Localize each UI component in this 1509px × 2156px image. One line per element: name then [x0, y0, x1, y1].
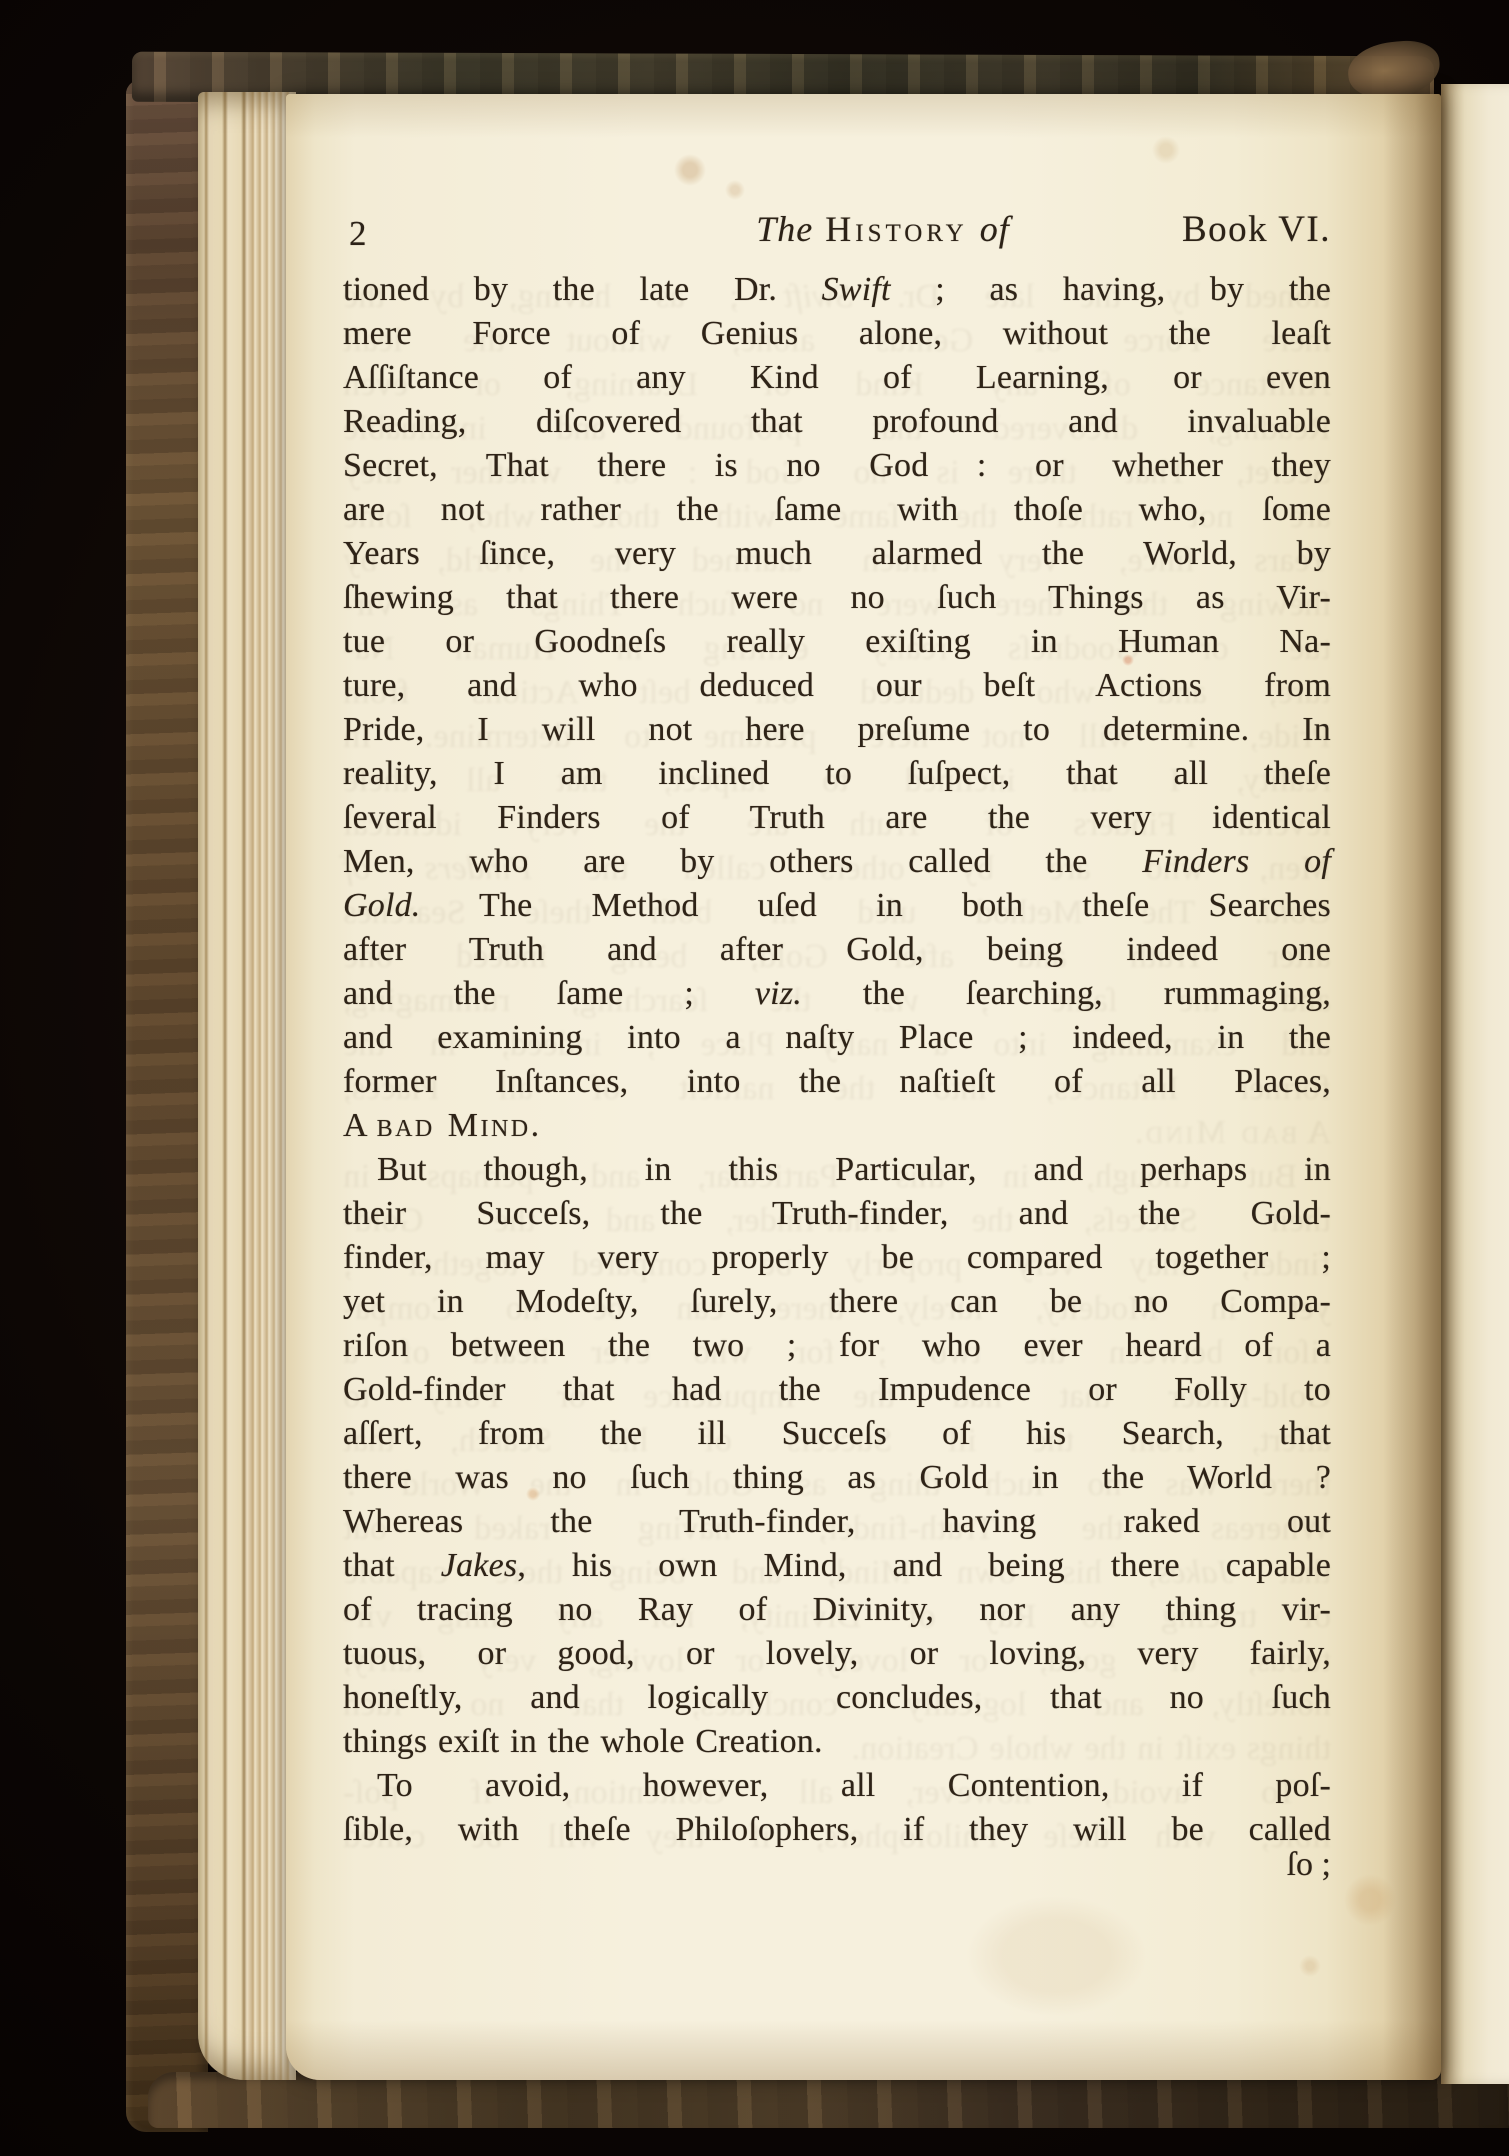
book-page: tioned by the late Dr. Swift ; as having… — [286, 94, 1441, 2080]
text-line: Gold-finder that had the Impudence or Fo… — [343, 1368, 1331, 1412]
facing-page-edge — [1441, 84, 1509, 2084]
text-line: mere Force of Genius alone, without the … — [343, 312, 1331, 356]
text-line: things exiſt in the whole Creation. — [343, 1720, 1331, 1764]
gutter-shadow — [1383, 94, 1441, 2080]
text-line: and the ſame ; viz. the ſearching, rumma… — [343, 972, 1331, 1016]
text-line: yet in Modeſty, ſurely, there can be no … — [343, 1280, 1331, 1324]
text-line: Aſſiſtance of any Kind of Learning, or e… — [343, 356, 1331, 400]
text-line: Gold. The Method uſed in both theſe Sear… — [343, 884, 1331, 928]
running-header: 2 TheHistoryof Book VI. — [343, 208, 1331, 260]
text-line: But though, in this Particular, and perh… — [343, 1148, 1331, 1192]
text-line: finder, may very properly be compared to… — [343, 1236, 1331, 1280]
book-cover-left-edge — [126, 80, 208, 2132]
text-line: ture, and who deduced our beſt Actions f… — [343, 664, 1331, 708]
text-line: A bad Mind. — [343, 1104, 1331, 1148]
text-line: tuous, or good, or lovely, or loving, ve… — [343, 1632, 1331, 1676]
text-line: Secret, That there is no God : or whethe… — [343, 444, 1331, 488]
text-line: former Inſtances, into the naſtieſt of a… — [343, 1060, 1331, 1104]
text-line: there was no ſuch thing as Gold in the W… — [343, 1456, 1331, 1500]
text-line: are not rather the ſame with thoſe who, … — [343, 488, 1331, 532]
text-line: that Jakes, his own Mind, and being ther… — [343, 1544, 1331, 1588]
page-number: 2 — [349, 214, 367, 254]
text-line: Whereas the Truth-finder, having raked o… — [343, 1500, 1331, 1544]
text-line: Men, who are by others called the Finder… — [343, 840, 1331, 884]
text-line: aſſert, from the ill Succeſs of his Sear… — [343, 1412, 1331, 1456]
catchword: ſo ; — [343, 1846, 1331, 1884]
text-line: tioned by the late Dr. Swift ; as having… — [343, 268, 1331, 312]
running-title-history: History — [825, 209, 967, 249]
text-line: tue or Goodneſs really exiſting in Human… — [343, 620, 1331, 664]
book-part-label: Book VI. — [1182, 208, 1331, 251]
page-edge-stack — [198, 92, 296, 2080]
text-line: and examining into a naſty Place ; indee… — [343, 1016, 1331, 1060]
text-line: their Succeſs, the Truth-finder, and the… — [343, 1192, 1331, 1236]
text-line: Reading, diſcovered that profound and in… — [343, 400, 1331, 444]
text-line: of tracing no Ray of Divinity, nor any t… — [343, 1588, 1331, 1632]
running-title-of: of — [980, 209, 1010, 249]
text-line: ſeveral Finders of Truth are the very id… — [343, 796, 1331, 840]
book-cover-bottom-edge — [148, 2072, 1509, 2128]
text-line: To avoid, however, all Contention, if po… — [343, 1764, 1331, 1808]
page-text: tioned by the late Dr. Swift ; as having… — [343, 268, 1331, 1852]
text-line: honeſtly, and logically concludes, that … — [343, 1676, 1331, 1720]
text-line: reality, I am inclined to ſuſpect, that … — [343, 752, 1331, 796]
text-line: Years ſince, very much alarmed the World… — [343, 532, 1331, 576]
scanned-book-photo: tioned by the late Dr. Swift ; as having… — [0, 0, 1509, 2156]
text-line: riſon between the two ; for who ever hea… — [343, 1324, 1331, 1368]
text-line: ſhewing that there were no ſuch Things a… — [343, 576, 1331, 620]
text-line: Pride, I will not here preſume to determ… — [343, 708, 1331, 752]
running-title-the: The — [756, 209, 813, 249]
text-line: after Truth and after Gold, being indeed… — [343, 928, 1331, 972]
